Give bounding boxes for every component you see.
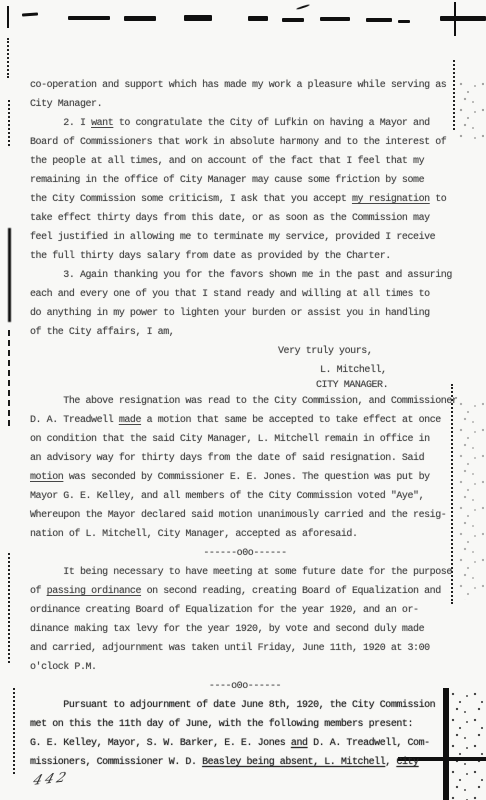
document-line: Whereupon the Mayor declared said motion… <box>30 506 460 525</box>
document-line: the full thirty days salary from date as… <box>30 247 460 266</box>
scanned-document-page: co-operation and support which has made … <box>0 0 486 800</box>
ink-smudge <box>296 4 310 10</box>
ink-smudge <box>124 16 156 21</box>
document-line: missioners, Commissioner W. D. Beasley b… <box>30 753 460 772</box>
document-line: CITY MANAGER. <box>316 380 460 392</box>
scan-edge-mark <box>13 688 17 774</box>
scan-edge-mark <box>8 228 11 322</box>
ink-smudge <box>320 17 350 21</box>
document-line: D. A. Treadwell made a motion that same … <box>30 411 460 430</box>
document-line: of passing ordinance on second reading, … <box>30 582 460 601</box>
document-line: City Manager. <box>30 95 460 114</box>
document-line: motion was seconded by Commissioner E. E… <box>30 468 460 487</box>
document-line: do anything in my power to lighten your … <box>30 304 460 323</box>
document-line: 3. Again thanking you for the favors sho… <box>30 266 460 285</box>
ink-smudge <box>22 12 38 16</box>
document-line: the City Commission some criticism, I as… <box>30 190 460 209</box>
document-line: o'clock P.M. <box>30 658 460 677</box>
document-line: the people at all times, and on account … <box>30 152 460 171</box>
document-line: an advisory way for thirty days from the… <box>30 449 460 468</box>
scan-edge-mark <box>8 553 12 663</box>
speckle-patch <box>458 400 484 600</box>
document-line: Pursuant to adjournment of date June 8th… <box>30 696 460 715</box>
scan-edge-mark <box>8 100 12 146</box>
handwritten-page-number: 442 <box>31 770 71 788</box>
scan-edge-mark <box>8 330 12 426</box>
scan-edge-mark <box>7 6 9 28</box>
document-line: 2. I want to congratulate the City of Lu… <box>30 114 460 133</box>
document-line: take effect thirty days from this date, … <box>30 209 460 228</box>
ink-smudge <box>282 18 304 22</box>
section-divider: ------o0o------ <box>30 544 460 563</box>
document-line: each and every one of you that I stand r… <box>30 285 460 304</box>
section-divider: ----o0o------ <box>30 677 460 696</box>
document-line: and carried, adjournment was taken until… <box>30 639 460 658</box>
document-line: The above resignation was read to the Ci… <box>30 392 460 411</box>
ink-smudge <box>248 16 268 21</box>
document-line: of the City affairs, I am, <box>30 323 460 342</box>
document-line: co-operation and support which has made … <box>30 76 460 95</box>
document-lines: co-operation and support which has made … <box>30 76 460 772</box>
document-line: Board of Commissioners that work in abso… <box>30 133 460 152</box>
ink-smudge <box>68 16 110 20</box>
document-line: met on this the 11th day of June, with t… <box>30 715 460 734</box>
ink-smudge <box>398 20 410 23</box>
document-line: G. E. Kelley, Mayor, S. W. Barker, E. E.… <box>30 734 460 753</box>
scan-edge-mark <box>454 2 456 36</box>
document-line: L. Mitchell, <box>320 361 460 380</box>
document-line: on condition that the said City Manager,… <box>30 430 460 449</box>
ink-smudge <box>440 16 486 21</box>
document-line: dinance making tax levy for the year 192… <box>30 620 460 639</box>
document-line: remaining in the office of City Manager … <box>30 171 460 190</box>
document-line: Mayor G. E. Kelley, and all members of t… <box>30 487 460 506</box>
ink-smudge <box>366 18 392 22</box>
document-line: ordinance creating Board of Equalization… <box>30 601 460 620</box>
document-line: Very truly yours, <box>278 342 460 361</box>
speckle-patch <box>458 80 484 140</box>
document-line: It being necessary to have meeting at so… <box>30 563 460 582</box>
document-line: nation of L. Mitchell, City Manager, acc… <box>30 525 460 544</box>
scan-edge-mark <box>7 38 11 78</box>
ink-smudge <box>184 15 212 21</box>
document-line: feel justified in allowing me to termina… <box>30 228 460 247</box>
